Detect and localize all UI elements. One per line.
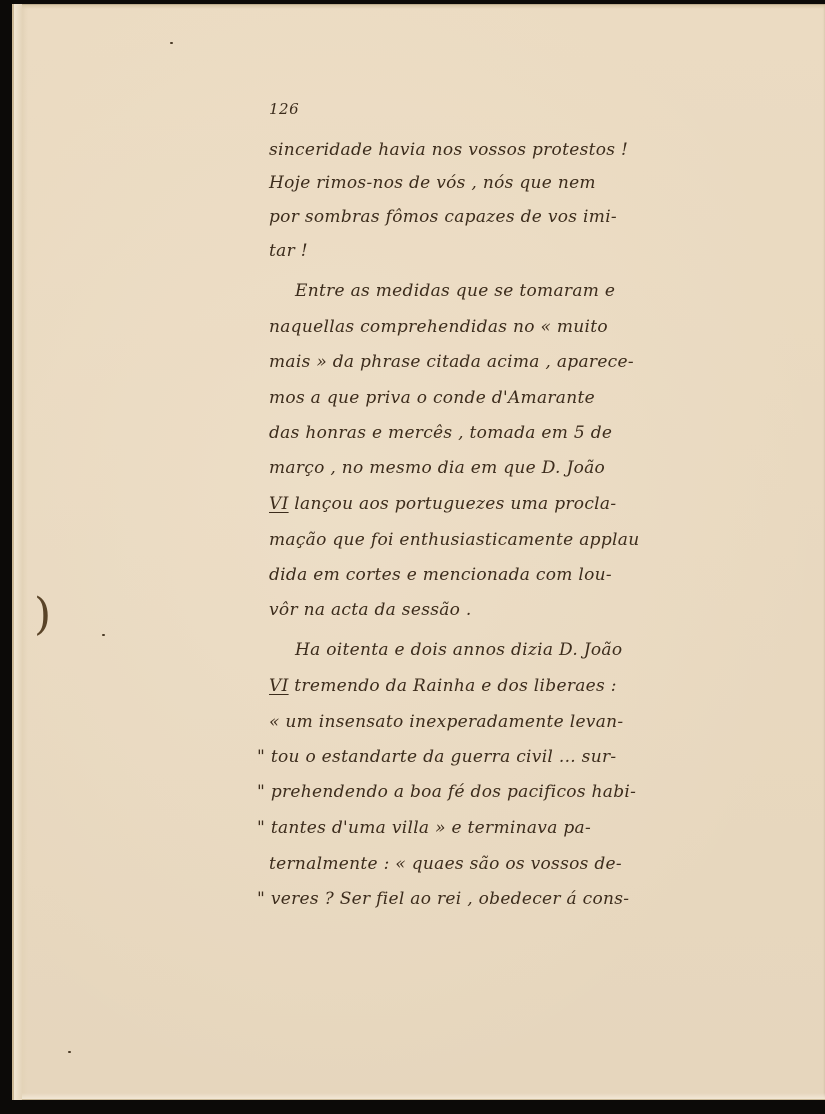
line-text: tremendo da Rainha e dos liberaes :: [289, 676, 617, 696]
text-line: mais » da phrase citada acima , aparece-: [269, 352, 634, 372]
text-line: " veres ? Ser fiel ao rei , obedecer á c…: [257, 889, 629, 909]
paper-speck: [102, 634, 105, 636]
text-line: sinceridade havia nos vossos protestos !: [269, 140, 628, 160]
text-line: Hoje rimos-nos de vós , nós que nem: [269, 173, 596, 193]
page-edge-top: [22, 4, 825, 9]
text-line: março , no mesmo dia em que D. João: [269, 458, 605, 478]
line-text: lançou aos portuguezes uma procla-: [289, 494, 617, 514]
roman-numeral: VI: [269, 676, 289, 696]
text-line: ternalmente : « quaes são os vossos de-: [269, 854, 622, 874]
text-line: Entre as medidas que se tomaram e: [295, 281, 615, 301]
paper-speck: [170, 42, 173, 44]
text-line: « um insensato inexperadamente levan-: [269, 712, 623, 732]
text-line: VI lançou aos portuguezes uma procla-: [269, 494, 616, 514]
page-edge-bottom: [22, 1093, 825, 1100]
roman-numeral: VI: [269, 494, 289, 514]
text-line: mos a que priva o conde d'Amarante: [269, 388, 595, 408]
text-line: " tantes d'uma villa » e terminava pa-: [257, 818, 591, 838]
text-line: naquellas comprehendidas no « muito: [269, 317, 608, 337]
binding-mark-icon: ): [34, 584, 54, 646]
text-line: VI tremendo da Rainha e dos liberaes :: [269, 676, 617, 696]
text-line: Ha oitenta e dois annos dizia D. João: [295, 640, 622, 660]
paper-speck: [68, 1051, 71, 1053]
text-line: tar !: [269, 241, 308, 261]
text-line: " prehendendo a boa fé dos pacificos hab…: [257, 782, 636, 802]
page-number: 126: [269, 100, 299, 118]
text-line: " tou o estandarte da guerra civil ... s…: [257, 747, 616, 767]
page-edge-left: [12, 4, 28, 1100]
text-line: vôr na acta da sessão .: [269, 600, 472, 620]
manuscript-page: ) 126 sinceridade havia nos vossos prote…: [12, 4, 825, 1100]
text-line: mação que foi enthusiasticamente applau: [269, 530, 639, 550]
text-line: das honras e mercês , tomada em 5 de: [269, 423, 612, 443]
text-line: dida em cortes e mencionada com lou-: [269, 565, 612, 585]
text-line: por sombras fômos capazes de vos imi-: [269, 207, 617, 227]
